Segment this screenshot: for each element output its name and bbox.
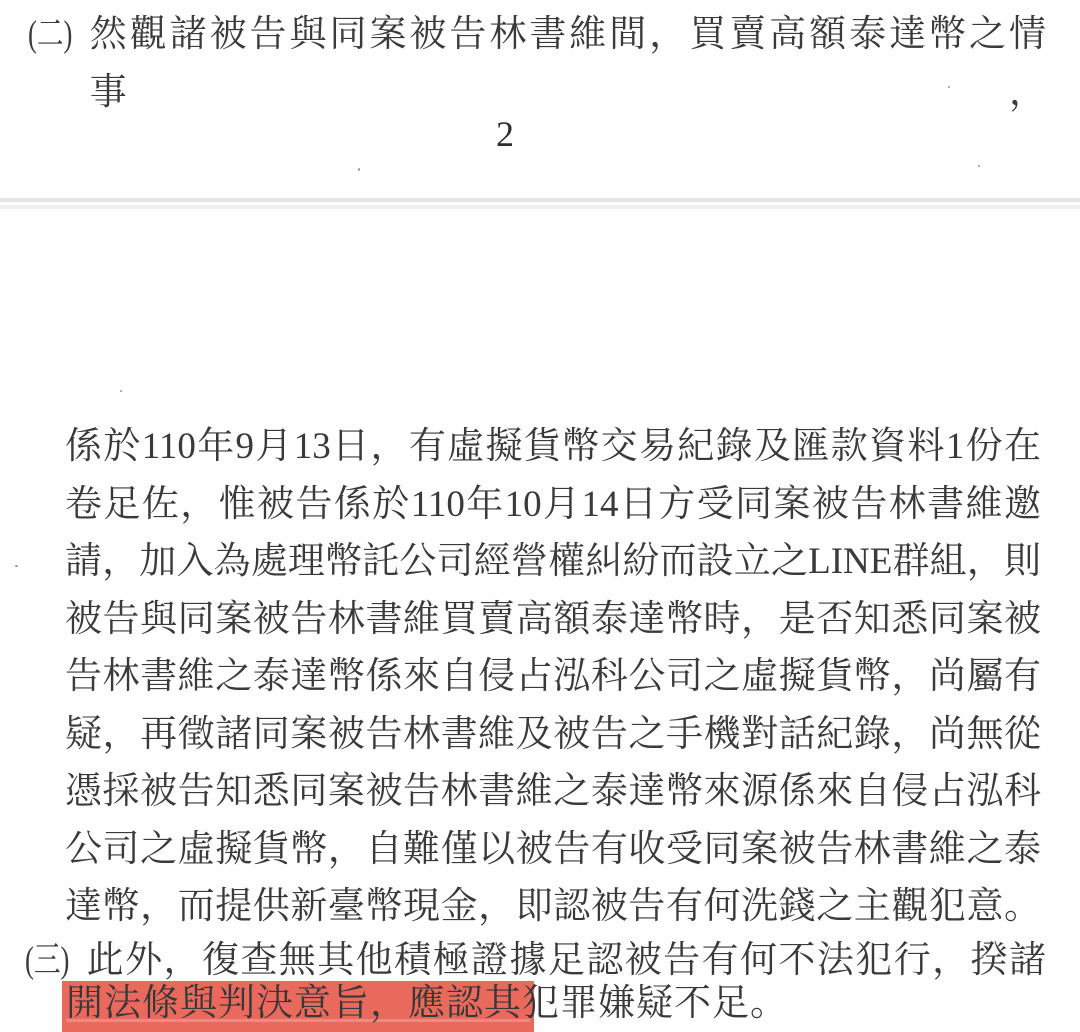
scan-speck (948, 86, 950, 88)
scan-speck (15, 565, 18, 567)
body-line: 被告與同案被告林書維買賣高額泰達幣時，是否知悉同案被 (65, 591, 1041, 649)
section-two-marker: (二) (28, 6, 72, 122)
section-two-body: 係於110年9月13日，有虛擬貨幣交易紀錄及匯款資料1份在 卷足佐，惟被告係於1… (65, 418, 1041, 936)
body-line: 告林書維之泰達幣係來自侵占泓科公司之虛擬貨幣，尚屬有 (65, 648, 1041, 706)
body-line: 疑，再徵諸同案被告林書維及被告之手機對話紀錄，尚無從 (65, 706, 1041, 764)
body-line: 係於110年9月13日，有虛擬貨幣交易紀錄及匯款資料1份在 (65, 418, 1041, 476)
prev-section-text: 然觀諸被告與同案被告林書維間，買賣高額泰達幣之情事， (90, 6, 1046, 122)
scan-speck (978, 165, 980, 167)
page-break-divider (0, 196, 1080, 212)
body-line: 憑採被告知悉同案被告林書維之泰達幣來源係來自侵占泓科 (65, 763, 1041, 821)
body-line: 達幣，而提供新臺幣現金，即認被告有何洗錢之主觀犯意。 (65, 878, 1041, 936)
scan-speck (120, 390, 122, 392)
page-number: 2 (0, 114, 1010, 154)
prev-section-line: (二) 然觀諸被告與同案被告林書維間，買賣高額泰達幣之情事， (28, 6, 1046, 122)
body-line: 卷足佐，惟被告係於110年10月14日方受同案被告林書維邀 (65, 476, 1041, 534)
scan-speck (358, 168, 360, 171)
body-line: 請，加入為處理幣託公司經營權糾紛而設立之LINE群組，則 (65, 533, 1041, 591)
section-three-last-line: 開法條與判決意旨，應認其犯罪嫌疑不足。 (66, 983, 788, 1025)
page-break-line-bottom (0, 205, 1080, 209)
body-line: 公司之虛擬貨幣，自難僅以被告有收受同案被告林書維之泰 (65, 821, 1041, 879)
page-break-line-top (0, 198, 1080, 202)
scanned-document-page: (二) 然觀諸被告與同案被告林書維間，買賣高額泰達幣之情事， 2 係於110年9… (0, 0, 1080, 1032)
